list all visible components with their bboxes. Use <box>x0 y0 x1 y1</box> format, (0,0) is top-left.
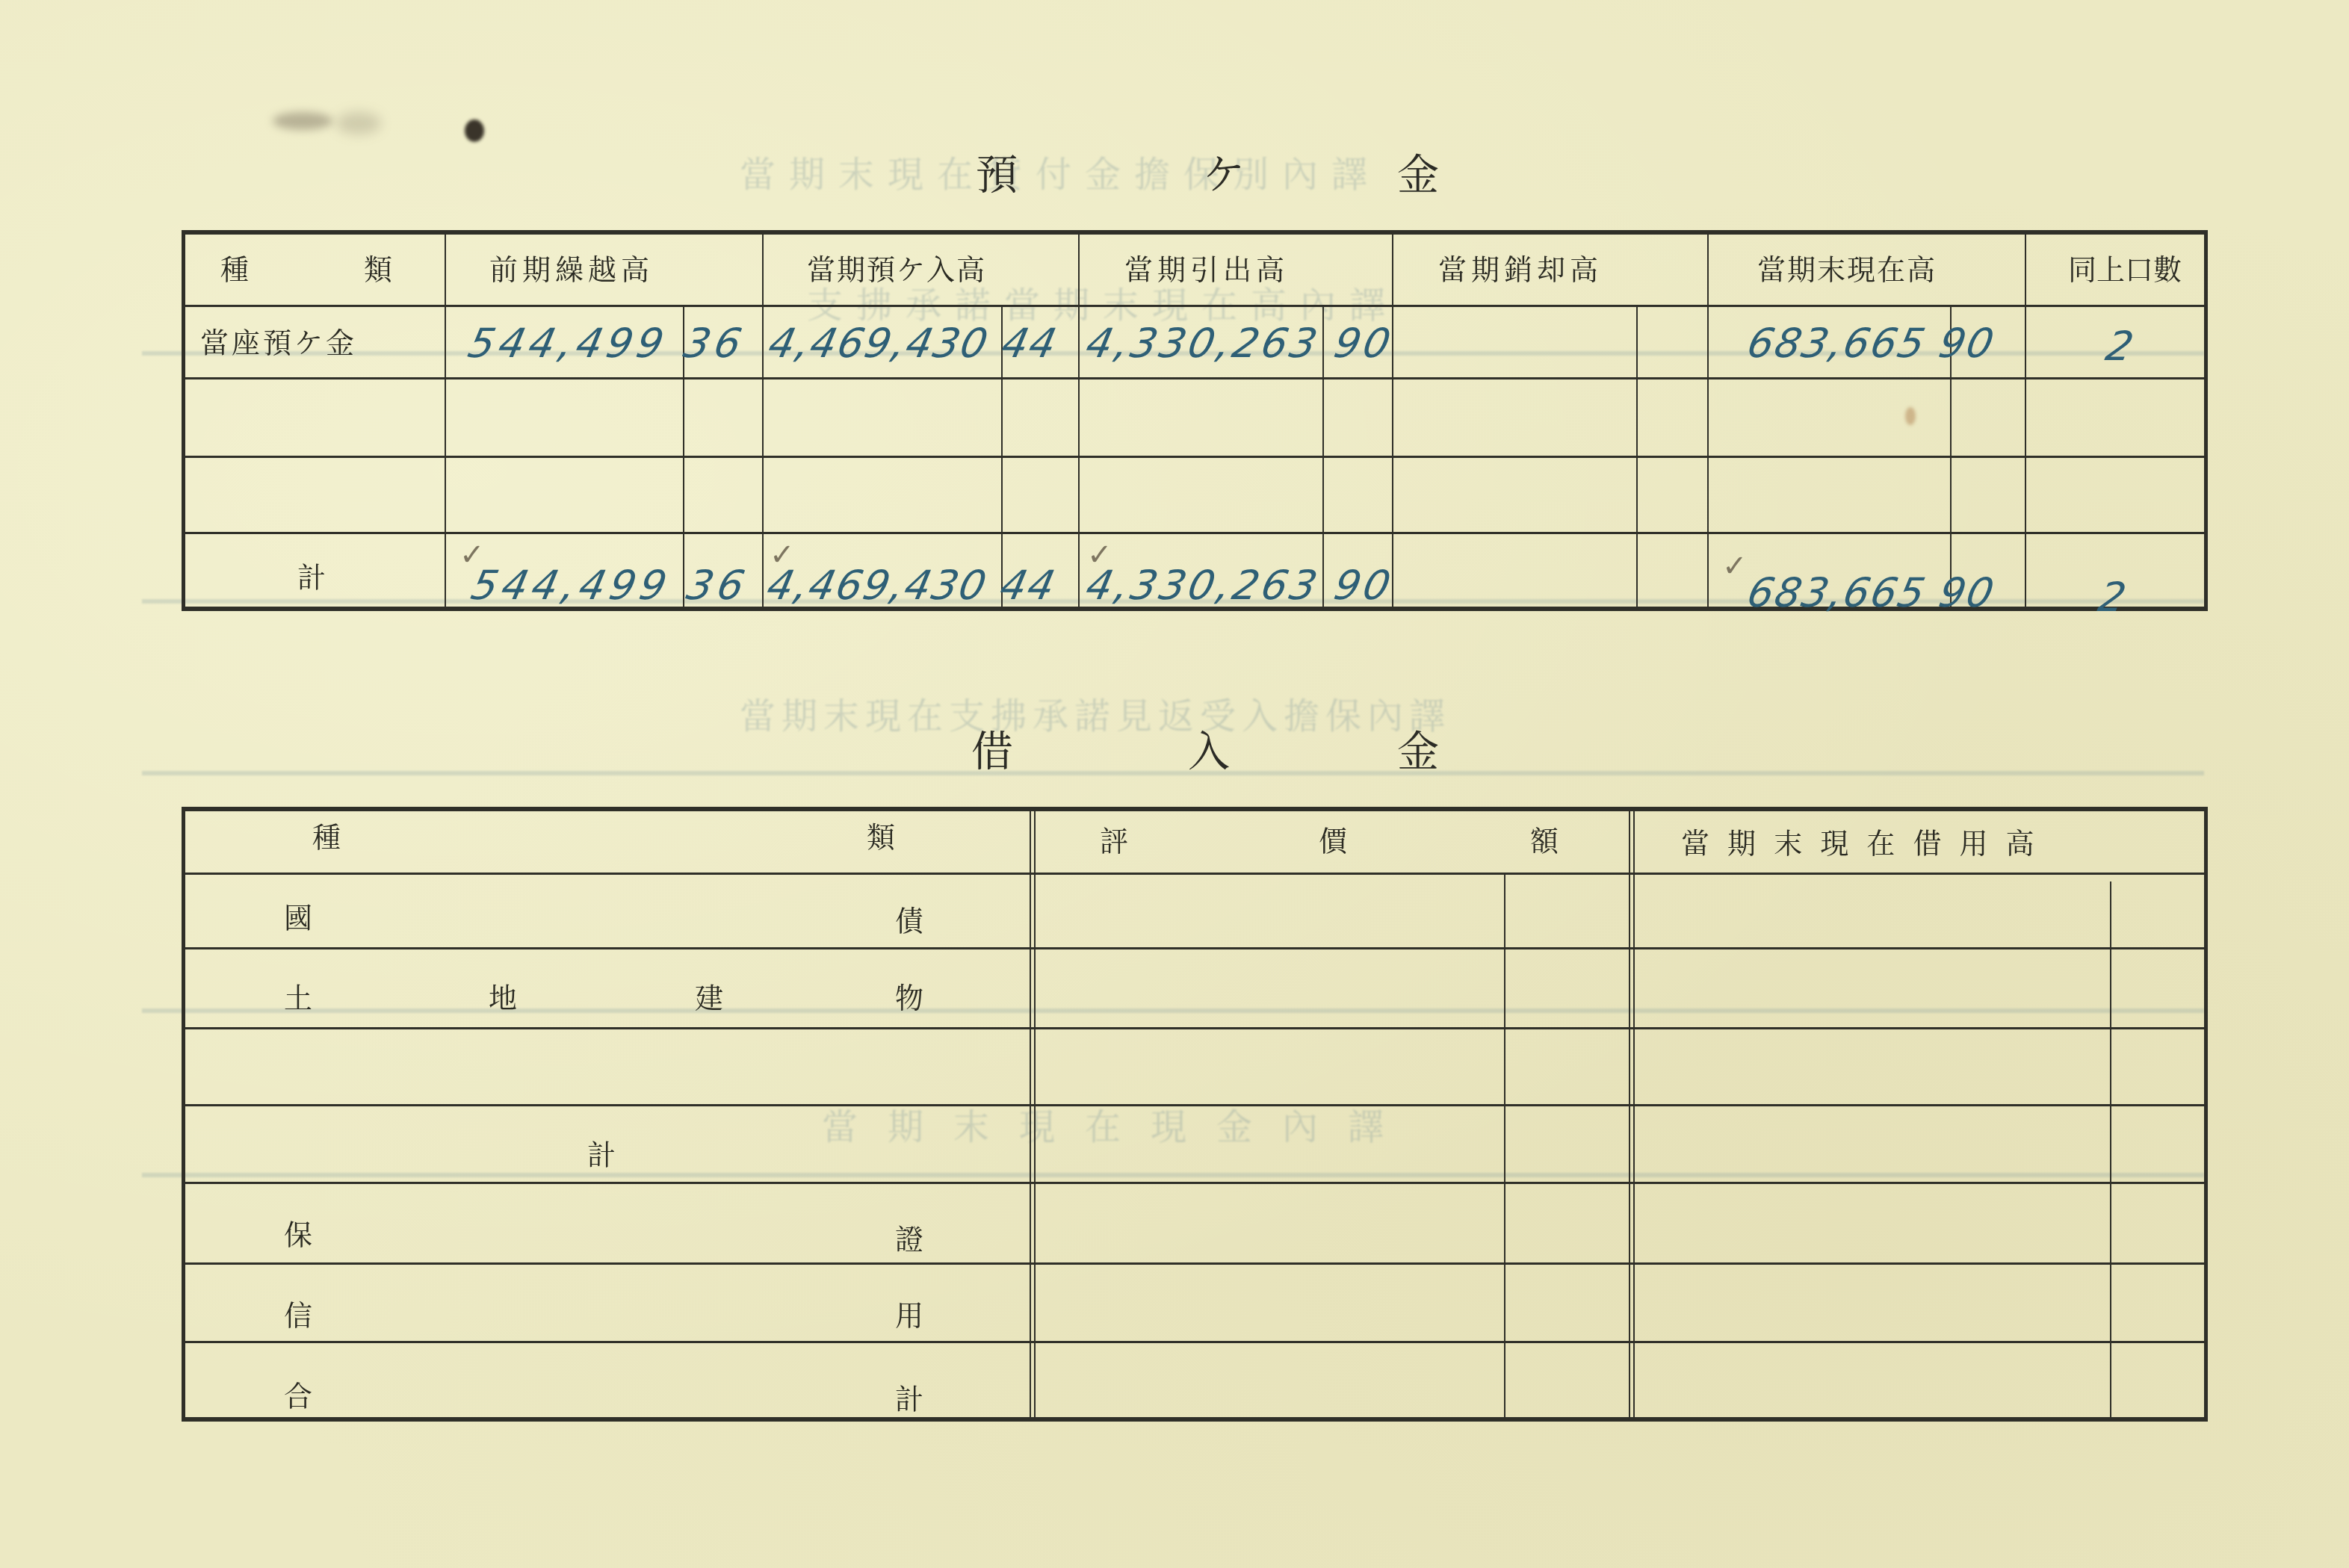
col-rule <box>1392 233 1393 608</box>
cell-total-withdrawn: 4,330,263 90 <box>1082 562 1397 609</box>
row-label-credit-right: 用 <box>895 1292 923 1333</box>
cell-total-carried-forward: 544,499 36 <box>467 562 753 609</box>
section-divider <box>1034 810 1036 1419</box>
header-type-right: 類 <box>867 814 895 855</box>
header-balance: 當期末現在高 <box>1757 247 1937 288</box>
table-border-top <box>182 807 2208 811</box>
bleed-through-rule <box>142 771 2204 775</box>
row-rule <box>184 947 2206 949</box>
sen-split-rule <box>1636 306 1638 608</box>
header-type-left: 種 <box>312 814 341 855</box>
header-valuation-left: 評 <box>1100 818 1128 859</box>
row-label-gov-bonds-left: 國 <box>284 895 312 936</box>
bleed-through-rule <box>142 1008 2204 1013</box>
row-label-guarantee-right: 證 <box>895 1216 923 1257</box>
header-valuation-right: 額 <box>1530 818 1559 859</box>
deposits-title-char: ケ <box>1203 142 1245 202</box>
header-type: 種 類 <box>220 247 400 288</box>
col-rule <box>762 233 764 608</box>
header-accounts: 同上口數 <box>2068 247 2182 288</box>
col-rule <box>445 233 446 608</box>
header-rule <box>184 873 2206 875</box>
col-rule <box>1078 233 1080 608</box>
row-rule <box>184 1182 2206 1184</box>
header-rule <box>184 305 2206 307</box>
deposits-title: 預 ケ 金 <box>0 142 2349 194</box>
row-label-grand-total-left: 合 <box>284 1373 312 1414</box>
sen-split-rule <box>1504 874 1505 1419</box>
cell-carried-forward: 544,499 36 <box>464 320 750 367</box>
cell-deposited: 4,469,430 44 <box>764 320 1062 367</box>
bleed-through-rule <box>142 1173 2204 1177</box>
row-label-total: 計 <box>297 554 326 595</box>
table-border-left <box>182 230 185 611</box>
row-rule <box>184 377 2206 379</box>
header-written-off: 當期銷却高 <box>1438 247 1603 288</box>
ink-blot <box>465 120 484 142</box>
row-label-grand-total-right: 計 <box>895 1376 923 1417</box>
header-outstanding: 當 期 末 現 在 借 用 高 <box>1681 820 2039 861</box>
row-label-credit-left: 信 <box>284 1292 312 1333</box>
deposits-title-char: 金 <box>1397 142 1439 202</box>
borrowings-title: 借 入 金 <box>0 719 2349 771</box>
row-label-real-estate-4: 物 <box>895 975 923 1016</box>
section-divider <box>1633 810 1635 1419</box>
header-deposited: 當期預ケ入高 <box>807 247 986 288</box>
row-label-gov-bonds-right: 債 <box>895 898 923 939</box>
sen-split-rule <box>2110 881 2111 1419</box>
cell-withdrawn: 4,330,263 90 <box>1082 320 1397 367</box>
section-divider <box>1629 810 1630 1419</box>
row-label-guarantee-left: 保 <box>284 1212 312 1253</box>
cell-total-balance: 683,665 90 <box>1743 569 1999 616</box>
smudge <box>273 112 332 130</box>
ledger-page: { "deposits": { "title_chars": ["預", "ケ"… <box>0 0 2349 1568</box>
col-rule <box>2025 233 2026 608</box>
row-label-subtotal: 計 <box>587 1132 616 1173</box>
table-border-top <box>182 230 2208 235</box>
borrowings-title-char: 借 <box>971 719 1013 778</box>
section-divider <box>1030 810 1031 1419</box>
smudge <box>336 112 381 134</box>
borrowings-title-char: 入 <box>1188 719 1230 778</box>
header-valuation-mid: 價 <box>1319 818 1347 859</box>
row-label-real-estate-2: 地 <box>489 975 517 1016</box>
header-withdrawn: 當期引出高 <box>1124 247 1289 288</box>
row-label-current-deposit: 當座預ケ金 <box>200 320 357 361</box>
borrowings-title-char: 金 <box>1397 719 1439 778</box>
table-border-right <box>2204 230 2208 611</box>
row-label-real-estate-3: 建 <box>695 975 723 1016</box>
header-carried-forward: 前期繰越高 <box>489 247 654 288</box>
cell-accounts: 2 <box>2102 323 2142 370</box>
row-rule <box>184 1262 2206 1265</box>
row-rule <box>184 1341 2206 1343</box>
row-rule <box>184 532 2206 534</box>
col-rule <box>1707 233 1709 608</box>
table-border-bottom <box>182 1417 2208 1422</box>
row-label-real-estate-1: 土 <box>284 975 312 1016</box>
row-rule <box>184 1027 2206 1029</box>
check-mark: ✓ <box>1722 549 1748 583</box>
row-rule <box>184 1104 2206 1106</box>
deposits-title-char: 預 <box>976 142 1018 202</box>
cell-total-accounts: 2 <box>2094 574 2135 621</box>
table-border-left <box>182 807 185 1422</box>
row-rule <box>184 456 2206 458</box>
cell-total-deposited: 4,469,430 44 <box>763 562 1060 609</box>
cell-balance: 683,665 90 <box>1743 320 1999 367</box>
table-border-right <box>2204 807 2208 1422</box>
spot <box>1905 407 1916 425</box>
